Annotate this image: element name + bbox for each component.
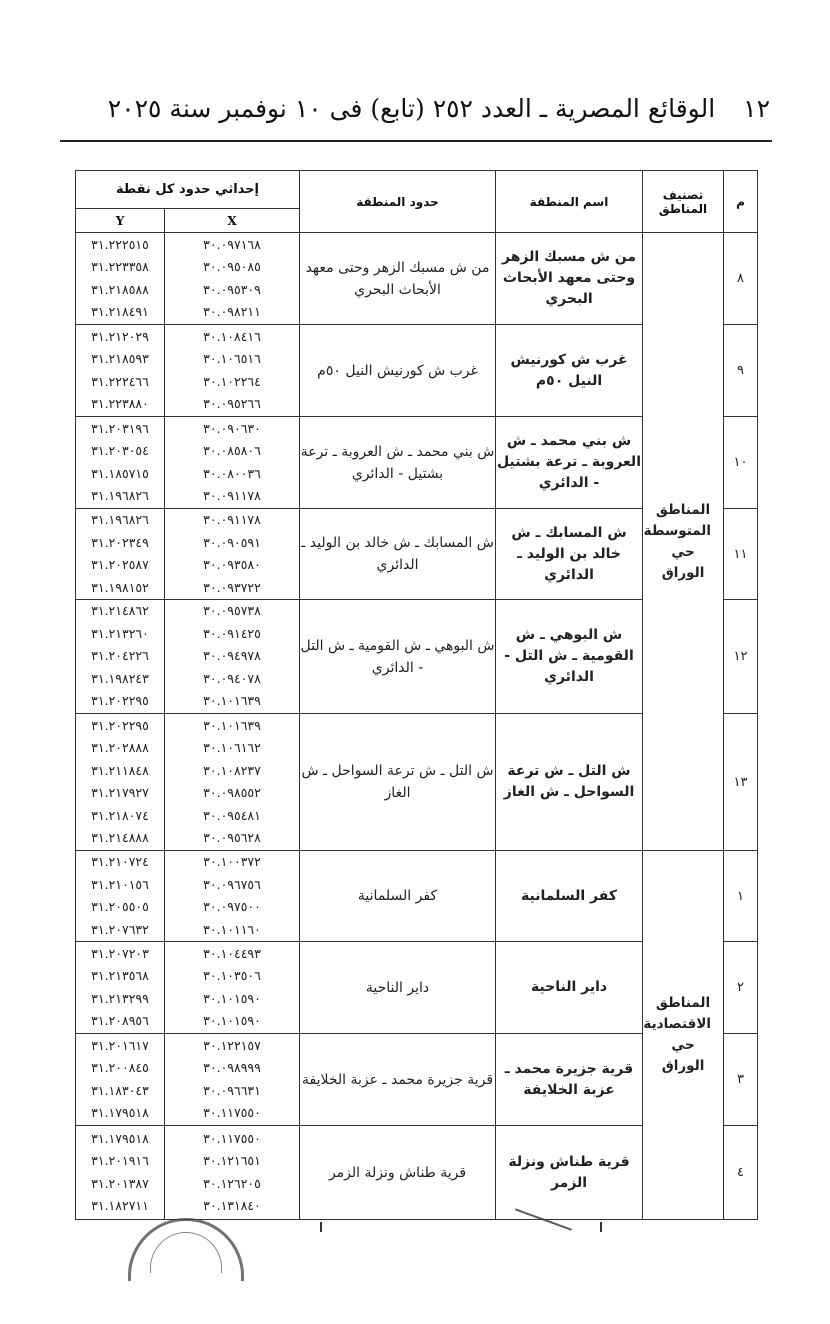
y-value: ٣١.٢١٣٥٦٨ [76,965,164,988]
y-value: ٣١.١٧٩٥١٨ [76,1128,164,1151]
x-value: ٣٠.١٠٨٤١٦ [165,326,299,349]
x-value: ٣٠.١١٧٥٥٠ [165,1102,299,1125]
x-value: ٣٠.٠٩١٤٢٥ [165,623,299,646]
y-value: ٣١.٢٠٢٢٩٥ [76,715,164,738]
row-number: ٣ [724,1034,758,1126]
zone-boundaries: ش التل ـ ش ترعة السواحل ـ ش الغاز [300,714,496,851]
y-value: ٣١.٢١٣٢٩٩ [76,988,164,1011]
x-value: ٣٠.٠٩٣٧٢٢ [165,577,299,600]
y-value: ٣١.١٧٩٥١٨ [76,1102,164,1125]
y-value: ٣١.٢٠٣٠٥٤ [76,440,164,463]
y-value: ٣١.٢١٠٧٢٤ [76,851,164,874]
zone-boundaries: قرية طناش ونزلة الزمر [300,1126,496,1220]
x-value: ٣٠.١٠٣٥٠٦ [165,965,299,988]
zone-name: ش البوهي ـ ش القومية ـ ش التل - الدائري [496,600,643,714]
x-value: ٣٠.٠٩٨٥٥٢ [165,782,299,805]
y-value: ٣١.٢١٤٨٨٨ [76,827,164,850]
x-coordinates: ٣٠.٠٩٠٦٣٠٣٠.٠٨٥٨٠٦٣٠.٠٨٠٠٣٦٣٠.٠٩١١٧٨ [165,417,300,509]
y-value: ٣١.١٩٨٢٤٣ [76,668,164,691]
y-value: ٣١.١٩٦٨٢٦ [76,509,164,532]
zone-name: ش التل ـ ش ترعة السواحل ـ ش الغاز [496,714,643,851]
gazette-title: الوقائع المصرية ـ العدد ٢٥٢ (تابع) فى ١٠… [108,94,715,123]
table-row: ٨المناطق المتوسطة حي الوراقمن ش مسبك الز… [76,233,758,325]
y-value: ٣١.٢٠٧٢٠٣ [76,943,164,966]
y-value: ٣١.٢٢٢٤٦٦ [76,371,164,394]
y-coordinates: ٣١.٢٠٢٢٩٥٣١.٢٠٢٨٨٨٣١.٢١١٨٤٨٣١.٢١٧٩٢٧٣١.٢… [76,714,165,851]
zone-classification: المناطق الاقتصادية حي الوراق [643,851,724,1220]
y-value: ٣١.٢١٧٩٢٧ [76,782,164,805]
zone-boundaries: ش المسابك ـ ش خالد بن الوليد ـ الدائري [300,509,496,600]
row-number: ٢ [724,942,758,1034]
row-number: ١١ [724,509,758,600]
row-number: ١ [724,851,758,942]
y-value: ٣١.٢٠١٩١٦ [76,1150,164,1173]
x-value: ٣٠.٠٩٤٩٧٨ [165,645,299,668]
y-value: ٣١.٢٠٢٨٨٨ [76,737,164,760]
x-value: ٣٠.٠٩٥٢٦٦ [165,393,299,416]
y-value: ٣١.١٨٥٧١٥ [76,463,164,486]
zone-boundaries: ش البوهي ـ ش القومية ـ ش التل - الدائري [300,600,496,714]
y-coordinates: ٣١.١٧٩٥١٨٣١.٢٠١٩١٦٣١.٢٠١٣٨٧٣١.١٨٢٧١١ [76,1126,165,1220]
x-value: ٣٠.٠٩٦٧٥٦ [165,874,299,897]
x-value: ٣٠.٠٩١١٧٨ [165,509,299,532]
x-coordinates: ٣٠.١٢٢١٥٧٣٠.٠٩٨٩٩٩٣٠.٠٩٦٦٣١٣٠.١١٧٥٥٠ [165,1034,300,1126]
row-number: ١٣ [724,714,758,851]
zone-name: كفر السلمانية [496,851,643,942]
header-zone-name: اسم المنطقة [496,171,643,233]
zones-table-body: ٨المناطق المتوسطة حي الوراقمن ش مسبك الز… [76,233,758,1220]
x-value: ٣٠.١١٧٥٥٠ [165,1128,299,1151]
y-value: ٣١.٢١٨٤٩١ [76,301,164,324]
y-value: ٣١.٢١٠١٥٦ [76,874,164,897]
y-coordinates: ٣١.٢١٤٨٦٢٣١.٢١٣٢٦٠٣١.٢٠٤٢٢٦٣١.١٩٨٢٤٣٣١.٢… [76,600,165,714]
y-value: ٣١.٢٠٣١٩٦ [76,418,164,441]
x-value: ٣٠.٠٩٤٠٧٨ [165,668,299,691]
x-value: ٣٠.١٠٤٤٩٣ [165,943,299,966]
x-value: ٣٠.٠٨٥٨٠٦ [165,440,299,463]
zone-name: داير الناحية [496,942,643,1034]
page-header: ١٢ الوقائع المصرية ـ العدد ٢٥٢ (تابع) فى… [120,88,770,128]
row-number: ١٢ [724,600,758,714]
header-coordinates: إحداثي حدود كل نقطة [76,171,300,209]
x-value: ٣٠.٠٩٦٦٣١ [165,1080,299,1103]
x-value: ٣٠.١٠١٥٩٠ [165,988,299,1011]
x-value: ٣٠.٠٩٠٦٣٠ [165,418,299,441]
y-value: ٣١.٢١٨٥٨٨ [76,279,164,302]
x-value: ٣٠.١٢٦٢٠٥ [165,1173,299,1196]
header-zone-boundaries: حدود المنطقة [300,171,496,233]
x-value: ٣٠.١٢١٦٥١ [165,1150,299,1173]
x-value: ٣٠.٠٩١١٧٨ [165,485,299,508]
x-value: ٣٠.١٠١٦٣٩ [165,715,299,738]
y-value: ٣١.٢٢٣٨٨٠ [76,393,164,416]
x-coordinates: ٣٠.١٠٤٤٩٣٣٠.١٠٣٥٠٦٣٠.١٠١٥٩٠٣٠.١٠١٥٩٠ [165,942,300,1034]
y-coordinates: ٣١.٢٠٣١٩٦٣١.٢٠٣٠٥٤٣١.١٨٥٧١٥٣١.١٩٦٨٢٦ [76,417,165,509]
x-value: ٣٠.٠٩٥٤٨١ [165,805,299,828]
y-coordinates: ٣١.٢١٠٧٢٤٣١.٢١٠١٥٦٣١.٢٠٥٥٠٥٣١.٢٠٧٦٣٢ [76,851,165,942]
y-coordinates: ٣١.٢٢٢٥١٥٣١.٢٢٣٣٥٨٣١.٢١٨٥٨٨٣١.٢١٨٤٩١ [76,233,165,325]
x-value: ٣٠.٠٩٨٩٩٩ [165,1057,299,1080]
y-value: ٣١.٢٢٢٥١٥ [76,234,164,257]
zones-table: م تصنيف المناطق اسم المنطقة حدود المنطقة… [75,170,758,1220]
zone-classification: المناطق المتوسطة حي الوراق [643,233,724,851]
x-value: ٣٠.٠٩٧١٦٨ [165,234,299,257]
x-coordinates: ٣٠.١١٧٥٥٠٣٠.١٢١٦٥١٣٠.١٢٦٢٠٥٣٠.١٣١٨٤٠ [165,1126,300,1220]
row-number: ٨ [724,233,758,325]
row-number: ١٠ [724,417,758,509]
x-value: ٣٠.١٠١٦٣٩ [165,690,299,713]
y-coordinates: ٣١.٢٠٧٢٠٣٣١.٢١٣٥٦٨٣١.٢١٣٢٩٩٣١.٢٠٨٩٥٦ [76,942,165,1034]
x-coordinates: ٣٠.٠٩١١٧٨٣٠.٠٩٠٥٩١٣٠.٠٩٣٥٨٠٣٠.٠٩٣٧٢٢ [165,509,300,600]
x-value: ٣٠.١٢٢١٥٧ [165,1035,299,1058]
y-value: ٣١.١٩٦٨٢٦ [76,485,164,508]
signature-stroke [600,1222,602,1232]
zone-boundaries: ش بني محمد ـ ش العروبة ـ ترعة بشتيل - ال… [300,417,496,509]
x-value: ٣٠.١٣١٨٤٠ [165,1195,299,1218]
y-value: ٣١.٢٠٢٢٩٥ [76,690,164,713]
x-value: ٣٠.٠٩٥٦٢٨ [165,827,299,850]
x-value: ٣٠.٠٨٠٠٣٦ [165,463,299,486]
y-value: ٣١.٢١٨٠٧٤ [76,805,164,828]
y-value: ٣١.٢٠٢٥٨٧ [76,554,164,577]
x-coordinates: ٣٠.٠٩٧١٦٨٣٠.٠٩٥٠٨٥٣٠.٠٩٥٣٠٩٣٠.٠٩٨٢١١ [165,233,300,325]
x-value: ٣٠.١٠١١٦٠ [165,919,299,942]
x-value: ٣٠.٠٩٨٢١١ [165,301,299,324]
zone-name: قرية طناش ونزلة الزمر [496,1126,643,1220]
y-value: ٣١.٢٠١٣٨٧ [76,1173,164,1196]
y-value: ٣١.٢٠٧٦٣٢ [76,919,164,942]
table-row: ١المناطق الاقتصادية حي الوراقكفر السلمان… [76,851,758,942]
y-value: ٣١.٢٠٨٩٥٦ [76,1010,164,1033]
x-value: ٣٠.٠٩٥٣٠٩ [165,279,299,302]
x-value: ٣٠.٠٩٠٥٩١ [165,532,299,555]
x-coordinates: ٣٠.١٠١٦٣٩٣٠.١٠٦١٦٢٣٠.١٠٨٢٣٧٣٠.٠٩٨٥٥٢٣٠.٠… [165,714,300,851]
y-value: ٣١.٢١٢٠٢٩ [76,326,164,349]
zone-boundaries: من ش مسبك الزهر وحتى معهد الأبحاث البحري [300,233,496,325]
x-coordinates: ٣٠.١٠٨٤١٦٣٠.١٠٦٥١٦٣٠.١٠٢٢٦٤٣٠.٠٩٥٢٦٦ [165,325,300,417]
y-value: ٣١.٢٢٣٣٥٨ [76,256,164,279]
y-value: ٣١.١٩٨١٥٢ [76,577,164,600]
x-value: ٣٠.١٠١٥٩٠ [165,1010,299,1033]
y-value: ٣١.١٨٣٠٤٣ [76,1080,164,1103]
header-divider [60,140,772,142]
page-number: ١٢ [743,94,770,123]
y-value: ٣١.٢٠١٦١٧ [76,1035,164,1058]
zone-name: غرب ش كورنيش النيل ٥٠م [496,325,643,417]
row-number: ٤ [724,1126,758,1220]
header-x: X [165,209,300,233]
x-value: ٣٠.٠٩٥٠٨٥ [165,256,299,279]
y-value: ٣١.٢٠٤٢٢٦ [76,645,164,668]
y-value: ٣١.٢٠٠٨٤٥ [76,1057,164,1080]
x-value: ٣٠.٠٩٧٥٠٠ [165,896,299,919]
y-value: ٣١.٢٠٢٣٤٩ [76,532,164,555]
y-value: ٣١.٢١١٨٤٨ [76,760,164,783]
zone-boundaries: غرب ش كورنيش النيل ٥٠م [300,325,496,417]
y-value: ٣١.٢١٣٢٦٠ [76,623,164,646]
zone-boundaries: قرية جزيرة محمد ـ عزبة الخلايفة [300,1034,496,1126]
y-value: ٣١.٢٠٥٥٠٥ [76,896,164,919]
header-number: م [724,171,758,233]
y-value: ٣١.١٨٢٧١١ [76,1195,164,1218]
y-coordinates: ٣١.٢٠١٦١٧٣١.٢٠٠٨٤٥٣١.١٨٣٠٤٣٣١.١٧٩٥١٨ [76,1034,165,1126]
x-value: ٣٠.١٠٦١٦٢ [165,737,299,760]
x-value: ٣٠.٠٩٣٥٨٠ [165,554,299,577]
y-coordinates: ٣١.١٩٦٨٢٦٣١.٢٠٢٣٤٩٣١.٢٠٢٥٨٧٣١.١٩٨١٥٢ [76,509,165,600]
x-value: ٣٠.٠٩٥٧٣٨ [165,600,299,623]
zone-boundaries: كفر السلمانية [300,851,496,942]
zone-boundaries: داير الناحية [300,942,496,1034]
x-coordinates: ٣٠.٠٩٥٧٣٨٣٠.٠٩١٤٢٥٣٠.٠٩٤٩٧٨٣٠.٠٩٤٠٧٨٣٠.١… [165,600,300,714]
x-value: ٣٠.١٠٨٢٣٧ [165,760,299,783]
y-value: ٣١.٢١٨٥٩٣ [76,348,164,371]
zone-name: ش بني محمد ـ ش العروبة ـ ترعة بشتيل - ال… [496,417,643,509]
row-number: ٩ [724,325,758,417]
zone-name: ش المسابك ـ ش خالد بن الوليد ـ الدائري [496,509,643,600]
y-value: ٣١.٢١٤٨٦٢ [76,600,164,623]
x-coordinates: ٣٠.١٠٠٣٧٢٣٠.٠٩٦٧٥٦٣٠.٠٩٧٥٠٠٣٠.١٠١١٦٠ [165,851,300,942]
y-coordinates: ٣١.٢١٢٠٢٩٣١.٢١٨٥٩٣٣١.٢٢٢٤٦٦٣١.٢٢٣٨٨٠ [76,325,165,417]
zone-name: قرية جزيرة محمد ـ عزبة الخلايفة [496,1034,643,1126]
x-value: ٣٠.١٠٦٥١٦ [165,348,299,371]
header-y: Y [76,209,165,233]
x-value: ٣٠.١٠٢٢٦٤ [165,371,299,394]
signature-stroke [320,1222,322,1232]
header-classification: تصنيف المناطق [643,171,724,233]
zone-name: من ش مسبك الزهر وحتى معهد الأبحاث البحري [496,233,643,325]
x-value: ٣٠.١٠٠٣٧٢ [165,851,299,874]
